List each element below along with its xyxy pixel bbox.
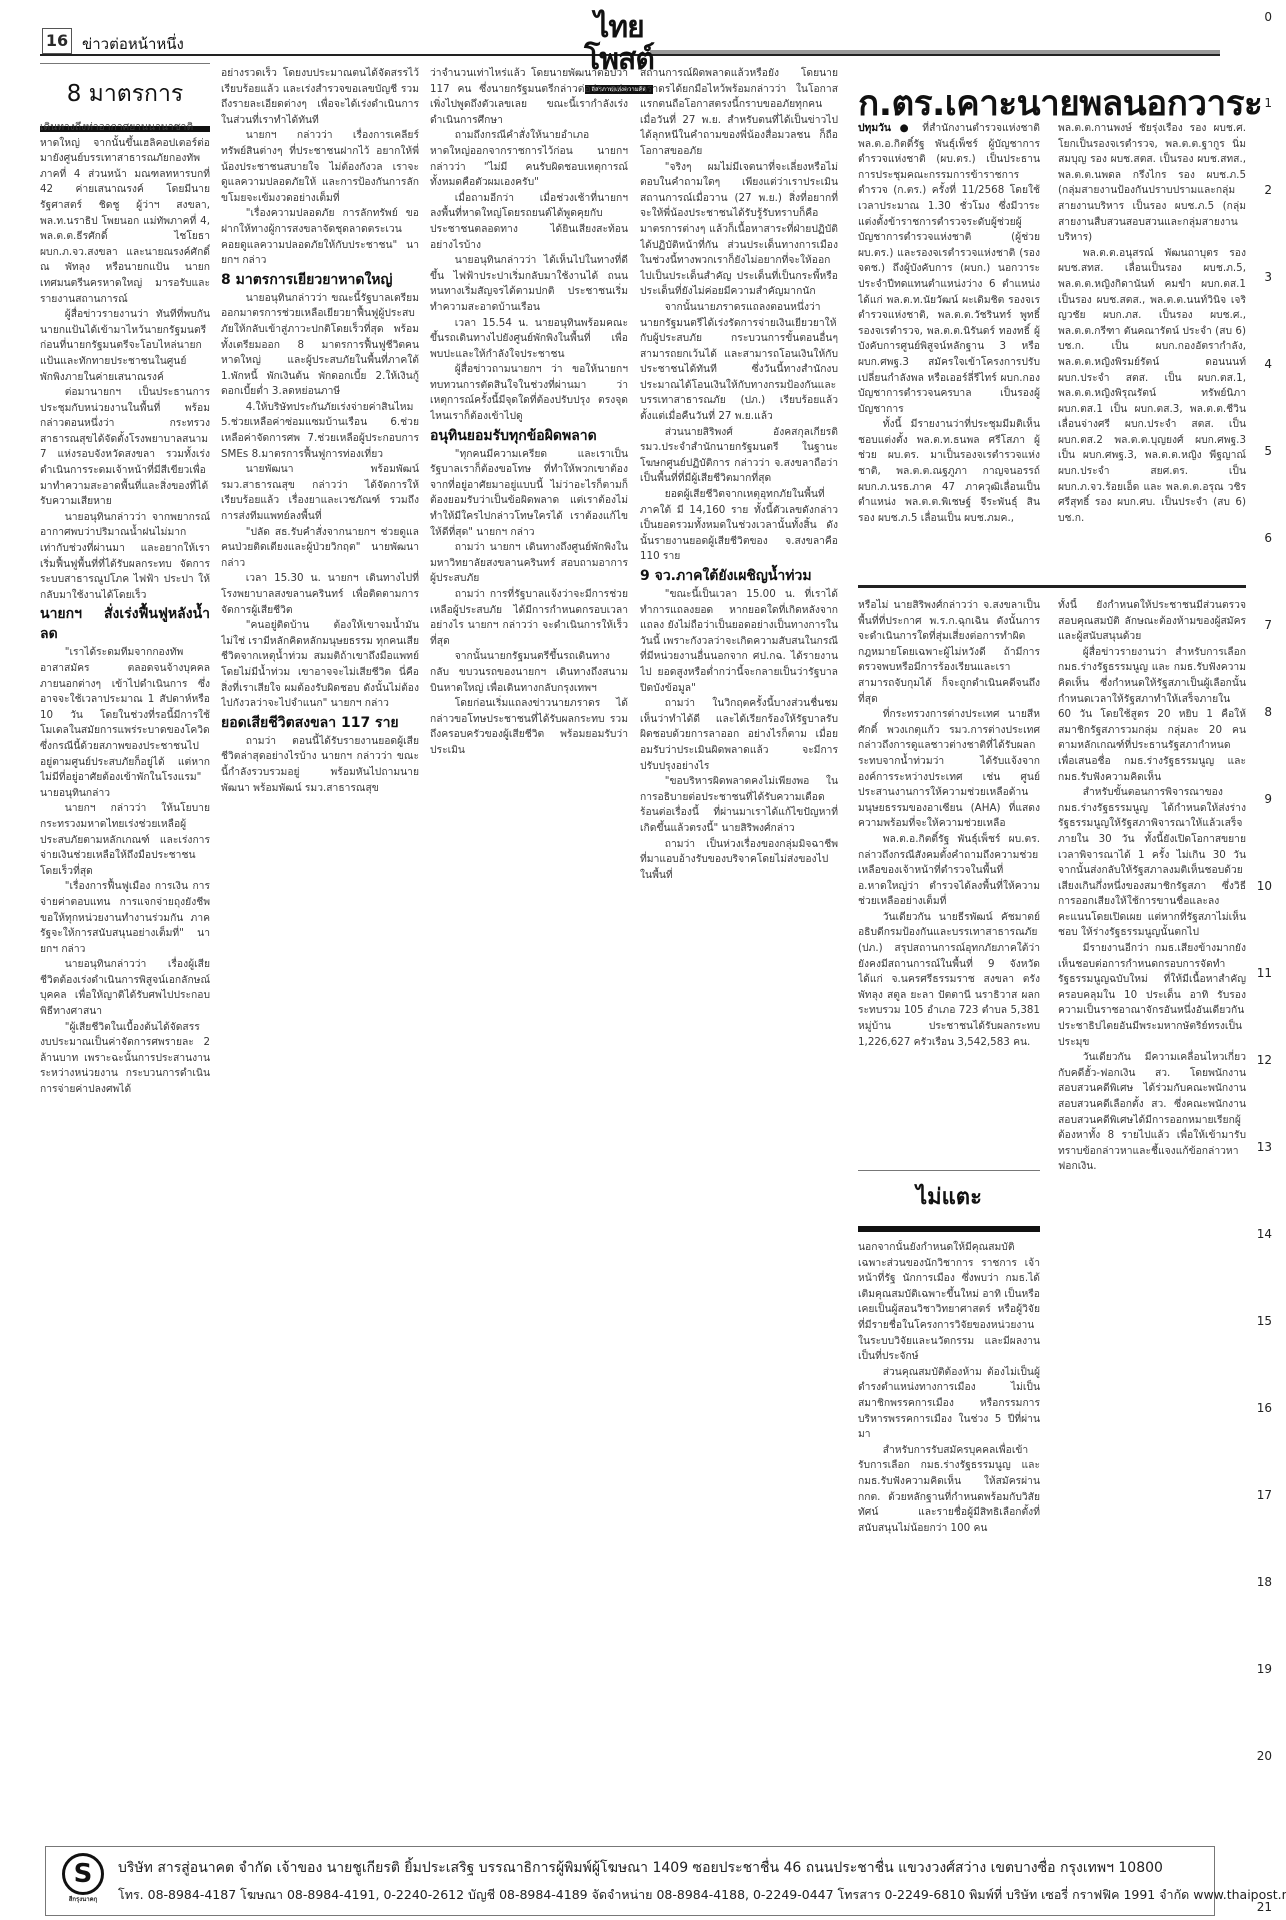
paragraph: อย่างรวดเร็ว โดยงบประมาณตนได้จัดสรรไว้เร… bbox=[221, 66, 419, 128]
row-marker: 5 bbox=[1264, 444, 1272, 458]
article-column-3: ว่าจำนวนเท่าไหร่แล้ว โดยนายพัฒนาตอบว่า 1… bbox=[430, 66, 628, 1838]
row-marker: 20 bbox=[1257, 1749, 1272, 1763]
paragraph: โดยก่อนเริ่มแถลงข่าวนายภราดร ได้กล่าวขอโ… bbox=[430, 696, 628, 758]
paragraph: "เราได้ระดมทีมจากกองทัพ อาสาสมัคร ตลอดจน… bbox=[40, 645, 210, 801]
row-marker: 2 bbox=[1264, 183, 1272, 197]
row-markers: 0123456789101112131415161718192021 bbox=[1252, 0, 1272, 1920]
paragraph: ส่วนคุณสมบัติต้องห้าม ต้องไม่เป็นผู้ดำรง… bbox=[858, 1365, 1040, 1443]
row-marker: 8 bbox=[1264, 705, 1272, 719]
paragraph: นอกจากนั้นยังกำหนดให้มีคุณสมบัติเฉพาะส่ว… bbox=[858, 1240, 1040, 1365]
publisher-address: บริษัท สารสู่อนาคต จำกัด เจ้าของ นายชูเก… bbox=[118, 1857, 1163, 1879]
row-marker: 14 bbox=[1257, 1227, 1272, 1241]
subheading: 9 จว.ภาคใต้ยังเผชิญน้ำท่วม bbox=[640, 566, 838, 586]
paragraph: จากนั้นนายกรัฐมนตรีขึ้นรถเดินทางกลับ ขบว… bbox=[430, 649, 628, 696]
paragraph: ถามว่า ตอนนี้ได้รับรายงานยอดผู้เสียชีวิต… bbox=[221, 734, 419, 796]
article-column-2: อย่างรวดเร็ว โดยงบประมาณตนได้จัดสรรไว้เร… bbox=[221, 66, 419, 1838]
paragraph: นายอนุทินกล่าวว่า จากพยากรณ์อากาศพบว่าปร… bbox=[40, 510, 210, 604]
paragraph: ปทุมวัน ● ที่สำนักงานตำรวจแห่งชาติ พล.ต.… bbox=[858, 121, 1040, 417]
dateline: ปทุมวัน ● bbox=[858, 122, 914, 134]
paragraph-text: ที่สำนักงานตำรวจแห่งชาติ พล.ต.อ.กิตติ์รั… bbox=[858, 122, 1040, 415]
row-marker: 3 bbox=[1264, 270, 1272, 284]
story-kicker: 8 มาตรการ bbox=[40, 64, 210, 126]
paragraph: นายกฯ กล่าวว่า ให้นโยบายกระทรวงมหาดไทยเร… bbox=[40, 801, 210, 879]
paragraph: "คนอยู่ติดบ้าน ต้องให้เขาจมน้ำมันไม่ใช่ … bbox=[221, 618, 419, 712]
subheading: อนุทินยอมรับทุกข้อผิดพลาด bbox=[430, 426, 628, 446]
row-marker: 4 bbox=[1264, 357, 1272, 371]
paragraph: "ปลัด สธ.รับคำสั่งจากนายกฯ ช่วยดูแลคนป่ว… bbox=[221, 525, 419, 572]
paragraph: เดินทางถึงท่าอากาศยานนานาชาติหาดใหญ่ จาก… bbox=[40, 120, 210, 307]
paragraph: เวลา 15.30 น. นายกฯ เดินทางไปที่โรงพยาบา… bbox=[221, 571, 419, 618]
publisher-logo-caption: สีกรุงนาคกุ bbox=[58, 1895, 108, 1905]
paragraph: นายอนุทินกล่าวว่า เรื่องผู้เสียชีวิตต้อง… bbox=[40, 957, 210, 1019]
article-column-4: สถานการณ์ผิดพลาดแล้วหรือยัง โดยนายภราดรไ… bbox=[640, 66, 838, 1838]
row-marker: 18 bbox=[1257, 1575, 1272, 1589]
row-marker: 19 bbox=[1257, 1662, 1272, 1676]
paragraph: "ผู้เสียชีวิตในเบื้องต้นได้จัดสรรงบประมา… bbox=[40, 1020, 210, 1098]
continued-column-1: หรือไม่ นายสิริพงศ์กล่าวว่า จ.สงขลาเป็นพ… bbox=[858, 598, 1040, 1164]
paragraph: เมื่อถามอีกว่า เมื่อช่วงเช้าที่นายกฯ ลงพ… bbox=[430, 191, 628, 253]
publisher-logo: S สีกรุงนาคกุ bbox=[58, 1853, 108, 1909]
row-marker: 0 bbox=[1264, 10, 1272, 24]
row-marker: 1 bbox=[1264, 96, 1272, 110]
paragraph: จากนั้นนายภราดรแถลงตอนหนึ่งว่า นายกรัฐมน… bbox=[640, 300, 838, 425]
subheading: นายกฯ สั่งเร่งฟื้นฟูหลังน้ำลด bbox=[40, 604, 210, 644]
paragraph: นายอนุทินกล่าวว่า ได้เห็นไปในทางที่ดีขึ้… bbox=[430, 253, 628, 315]
section-title: ข่าวต่อหน้าหนึ่ง bbox=[82, 32, 184, 56]
paragraph: สำหรับการรับสมัครบุคคลเพื่อเข้ารับการเลื… bbox=[858, 1443, 1040, 1537]
paragraph: สถานการณ์ผิดพลาดแล้วหรือยัง โดยนายภราดรไ… bbox=[640, 66, 838, 160]
paragraph: "เรื่องความปลอดภัย การลักทรัพย์ ขอฝากให้… bbox=[221, 206, 419, 268]
subheading: ยอดเสียชีวิตสงขลา 117 ราย bbox=[221, 713, 419, 733]
row-marker: 7 bbox=[1264, 618, 1272, 632]
article-column-1: เดินทางถึงท่าอากาศยานนานาชาติหาดใหญ่ จาก… bbox=[40, 120, 210, 1840]
publisher-footer: S สีกรุงนาคกุ บริษัท สารสู่อนาคต จำกัด เ… bbox=[45, 1846, 1215, 1916]
paragraph: "จริงๆ ผมไม่มีเจตนาที่จะเลี่ยงหรือไม่ตอบ… bbox=[640, 160, 838, 300]
row-marker: 17 bbox=[1257, 1488, 1272, 1502]
row-marker: 11 bbox=[1257, 966, 1272, 980]
paragraph: นายพัฒนา พร้อมพัฒน์ รมว.สาธารณสุข กล่าวว… bbox=[221, 462, 419, 524]
row-marker: 10 bbox=[1257, 879, 1272, 893]
paragraph: "ขณะนี้เป็นเวลา 15.00 น. ที่เราได้ทำการแ… bbox=[640, 587, 838, 696]
row-marker: 9 bbox=[1264, 792, 1272, 806]
paragraph: ทั้งนี้ ยังกำหนดให้ประชาชนมีส่วนตรวจสอบค… bbox=[1058, 598, 1246, 645]
publisher-contacts: โทร. 08-8984-4187 โฆษณา 08-8984-4191, 0-… bbox=[118, 1885, 1286, 1905]
right-story-column-1: ปทุมวัน ● ที่สำนักงานตำรวจแห่งชาติ พล.ต.… bbox=[858, 121, 1040, 576]
side-kicker: ไม่แตะ bbox=[858, 1171, 1040, 1226]
paragraph: ยอดผู้เสียชีวิตจากเหตุอุทกภัยในพื้นที่ภา… bbox=[640, 487, 838, 565]
paragraph: 4.ให้บริษัทประกันภัยเร่งจ่ายค่าสินไหม 5.… bbox=[221, 400, 419, 462]
paragraph: ถามว่า เป็นห่วงเรื่องของกลุ่มมิจฉาชีพที่… bbox=[640, 837, 838, 884]
right-story-column-2: พล.ต.ต.กานพงษ์ ชัยรุ่งเรือง รอง ผบช.ศ. โ… bbox=[1058, 121, 1246, 576]
paragraph: ว่าจำนวนเท่าไหร่แล้ว โดยนายพัฒนาตอบว่า 1… bbox=[430, 66, 628, 128]
paragraph: ที่กระทรวงการต่างประเทศ นายสีหศักดิ์ พวง… bbox=[858, 707, 1040, 832]
paragraph: มีรายงานอีกว่า กมธ.เสียงข้างมากยังเห็นชอ… bbox=[1058, 941, 1246, 1050]
masthead-logo: ไทยโพสต์ อิสรภาพแห่งความคิด bbox=[560, 12, 678, 56]
paragraph: พล.ต.อ.กิตติ์รัฐ พันธุ์เพ็ชร์ ผบ.ตร. กล่… bbox=[858, 832, 1040, 910]
page-number: 16 bbox=[42, 28, 72, 54]
paragraph: นายกฯ กล่าวว่า เรื่องการเคลียร์ทรัพย์สิน… bbox=[221, 128, 419, 206]
paragraph: เวลา 15.54 น. นายอนุทินพร้อมคณะ ขึ้นรถเด… bbox=[430, 316, 628, 363]
paragraph: พล.ต.ต.อนุสรณ์ พัฒนถาบุตร รอง ผบช.สทส. เ… bbox=[1058, 246, 1246, 527]
paragraph: วันเดียวกัน มีความเคลื่อนไหวเกี่ยวกับคดี… bbox=[1058, 1050, 1246, 1175]
paragraph: ถามว่า การที่รัฐบาลแจ้งว่าจะมีการช่วยเหล… bbox=[430, 587, 628, 649]
paragraph: "ขอบริหารผิดพลาดคงไม่เพียงพอ ในการอธิบาย… bbox=[640, 774, 838, 836]
row-marker: 15 bbox=[1257, 1314, 1272, 1328]
continued-column-1b: นอกจากนั้นยังกำหนดให้มีคุณสมบัติเฉพาะส่ว… bbox=[858, 1240, 1040, 1838]
paragraph: นายอนุทินกล่าวว่า ขณะนี้รัฐบาลเตรียมออกม… bbox=[221, 291, 419, 400]
paragraph: พล.ต.ต.กานพงษ์ ชัยรุ่งเรือง รอง ผบช.ศ. โ… bbox=[1058, 121, 1246, 246]
row-marker: 12 bbox=[1257, 1053, 1272, 1067]
row-marker: 6 bbox=[1264, 531, 1272, 545]
continued-column-2: ทั้งนี้ ยังกำหนดให้ประชาชนมีส่วนตรวจสอบค… bbox=[1058, 598, 1246, 1838]
paragraph: ถามถึงกรณีคำสั่งให้นายอำเภอหาดใหญ่ออกจาก… bbox=[430, 128, 628, 190]
paragraph: สำหรับขั้นตอนการพิจารณาของ กมธ.ร่างรัฐธร… bbox=[1058, 785, 1246, 941]
paragraph: วันเดียวกัน นายธีรพัฒน์ คัชมาตย์ อธิบดีก… bbox=[858, 910, 1040, 1050]
paragraph: ผู้สื่อข่าวรายงานว่า ทันทีที่พบกัน นายกแ… bbox=[40, 307, 210, 385]
paragraph: หรือไม่ นายสิริพงศ์กล่าวว่า จ.สงขลาเป็นพ… bbox=[858, 598, 1040, 707]
paragraph: ถามว่า ในวิกฤตครั้งนี้บางส่วนชื่นชมเห็นว… bbox=[640, 696, 838, 774]
story-divider bbox=[858, 585, 1246, 588]
side-kicker-box: ไม่แตะ bbox=[858, 1170, 1040, 1232]
paragraph: ส่วนนายสิริพงศ์ อังคสกุลเกียรติ รมว.ประจ… bbox=[640, 425, 838, 487]
publisher-s-logo-icon: S bbox=[62, 1853, 104, 1895]
page-header: 16 ข่าวต่อหน้าหนึ่ง ไทยโพสต์ อิสรภาพแห่ง… bbox=[40, 12, 1220, 50]
paragraph: ผู้สื่อข่าวถามนายกฯ ว่า ขอให้นายกฯ ทบทวน… bbox=[430, 362, 628, 424]
paragraph: ทั้งนี้ มีรายงานว่าที่ประชุมมีมติเห็นชอบ… bbox=[858, 417, 1040, 526]
paragraph: ถามว่า นายกฯ เดินทางถึงศูนย์พักพิงในมหาว… bbox=[430, 540, 628, 587]
paragraph: "เรื่องการฟื้นฟูเมือง การเงิน การจ่ายค่า… bbox=[40, 879, 210, 957]
paragraph: ผู้สื่อข่าวรายงานว่า สำหรับการเลือก กมธ.… bbox=[1058, 645, 1246, 785]
side-kicker-bottom-rule bbox=[858, 1226, 1040, 1232]
row-marker: 16 bbox=[1257, 1401, 1272, 1415]
subheading: 8 มาตรการเยียวยาหาดใหญ่ bbox=[221, 270, 419, 290]
paragraph: ต่อมานายกฯ เป็นประธานการประชุมกับหน่วยงา… bbox=[40, 385, 210, 510]
paragraph: "ทุกคนมีความเครียด และเราเป็นรัฐบาลเราก็… bbox=[430, 447, 628, 541]
row-marker: 13 bbox=[1257, 1140, 1272, 1154]
